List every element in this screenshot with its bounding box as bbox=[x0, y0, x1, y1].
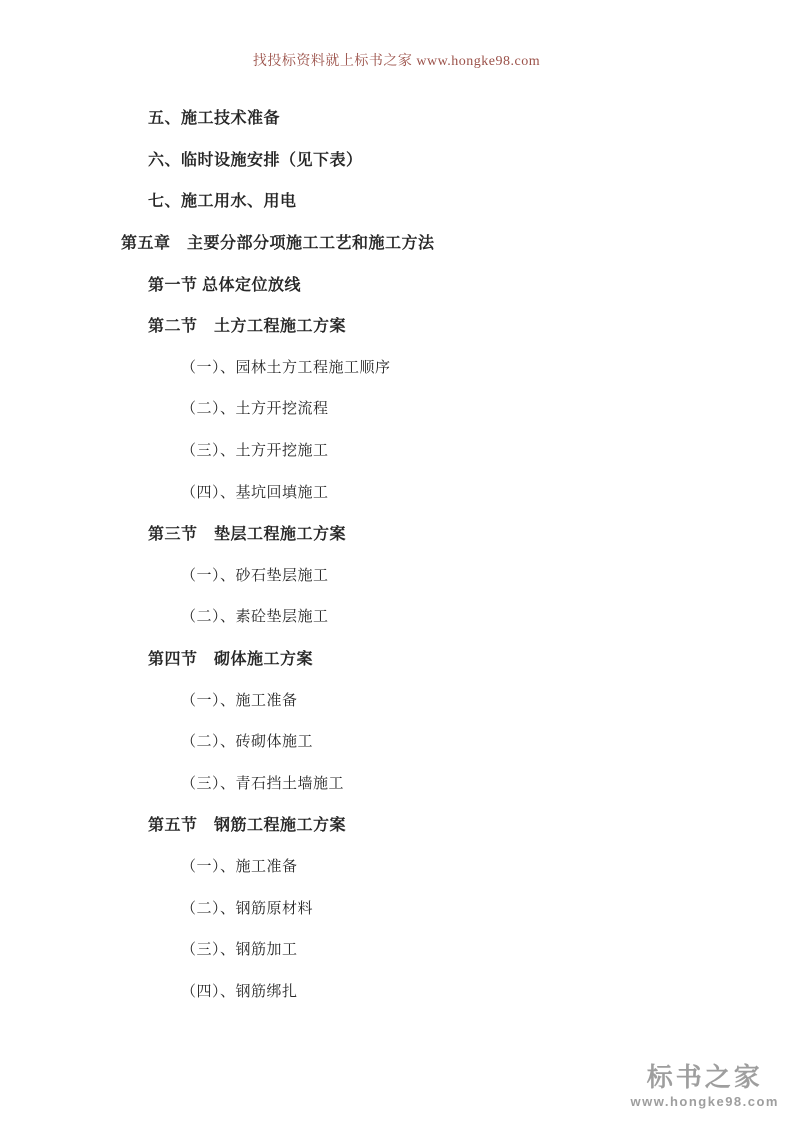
toc-line: 第五章 主要分部分项施工工艺和施工方法 bbox=[0, 221, 793, 263]
toc-line: 第四节 砌体施工方案 bbox=[0, 637, 793, 679]
toc-line: （四）、钢筋绑扎 bbox=[0, 969, 793, 1011]
toc-line: （三）、钢筋加工 bbox=[0, 928, 793, 970]
toc-line: 第二节 土方工程施工方案 bbox=[0, 304, 793, 346]
footer-logo-text: 标书之家 bbox=[631, 1062, 780, 1092]
toc-line: （三）、青石挡土墙施工 bbox=[0, 762, 793, 804]
toc-line: （三）、土方开挖施工 bbox=[0, 429, 793, 471]
toc-line: （二）、钢筋原材料 bbox=[0, 886, 793, 928]
toc-line: 第三节 垫层工程施工方案 bbox=[0, 512, 793, 554]
toc-line: 第一节 总体定位放线 bbox=[0, 262, 793, 304]
toc-line: （二）、砖砌体施工 bbox=[0, 720, 793, 762]
footer-url-text: www.hongke98.com bbox=[631, 1093, 780, 1110]
toc-line: 五、施工技术准备 bbox=[0, 96, 793, 138]
footer-watermark: 标书之家 www.hongke98.com bbox=[631, 1062, 780, 1110]
toc-line: （一）、施工准备 bbox=[0, 678, 793, 720]
toc-line: （四）、基坑回填施工 bbox=[0, 470, 793, 512]
toc-line: 六、临时设施安排（见下表） bbox=[0, 138, 793, 180]
toc-line: （二）、土方开挖流程 bbox=[0, 387, 793, 429]
header-watermark-text: 找投标资料就上标书之家 www.hongke98.com bbox=[0, 50, 793, 70]
toc-list: 五、施工技术准备六、临时设施安排（见下表）七、施工用水、用电第五章 主要分部分项… bbox=[0, 96, 793, 1011]
document-page: 找投标资料就上标书之家 www.hongke98.com 五、施工技术准备六、临… bbox=[0, 0, 793, 1122]
toc-line: （一）、施工准备 bbox=[0, 845, 793, 887]
toc-line: 第五节 钢筋工程施工方案 bbox=[0, 803, 793, 845]
toc-line: 七、施工用水、用电 bbox=[0, 179, 793, 221]
toc-line: （一）、园林土方工程施工顺序 bbox=[0, 346, 793, 388]
toc-line: （二）、素砼垫层施工 bbox=[0, 595, 793, 637]
toc-line: （一）、砂石垫层施工 bbox=[0, 554, 793, 596]
